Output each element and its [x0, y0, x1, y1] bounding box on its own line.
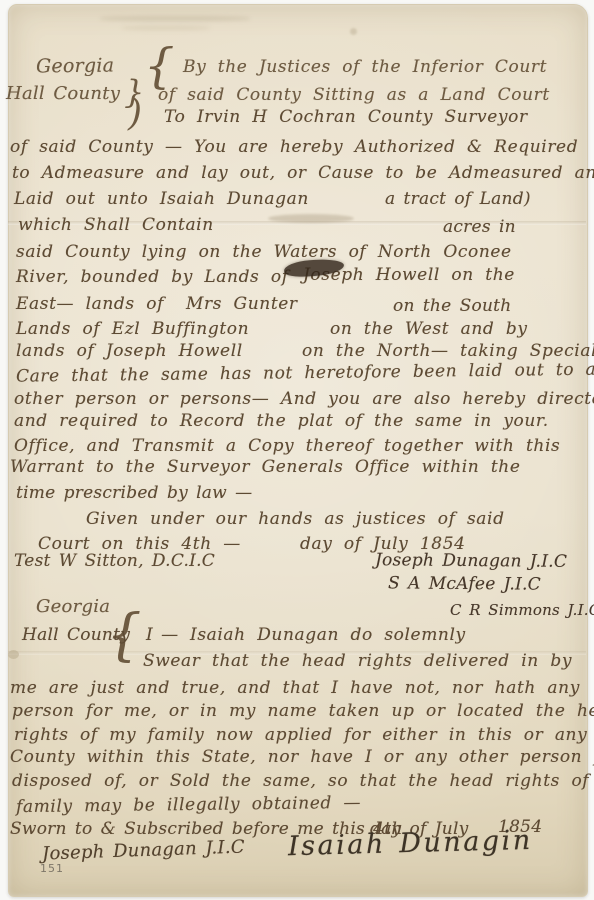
oath-line: Swear that the head rights delivered in …: [143, 651, 572, 671]
warrant-line: Lands of Ezl Buffington: [16, 319, 249, 339]
warrant-line: Laid out unto Isaiah Dunagan: [14, 189, 309, 209]
warrant-line: other person or persons— And you are als…: [14, 389, 594, 409]
justice-signature: C R Simmons J.I.C: [450, 600, 594, 620]
warrant-line: East— lands of: [16, 294, 164, 314]
warrant-addressee: To Irvin H Cochran County Surveyor: [164, 107, 528, 127]
warrant-line: Office, and Transmit a Copy thereof toge…: [14, 436, 560, 456]
warrant-line: on the West and by: [330, 319, 528, 339]
warrant-line: Warrant to the Surveyor Generals Office …: [10, 457, 521, 477]
caption-court-line-2: of said County Sitting as a Land Court: [158, 85, 550, 105]
warrant-line: said County lying on the Waters of North…: [16, 242, 512, 262]
caption-court-line-1: By the Justices of the Inferior Court: [183, 57, 547, 77]
page-number: 151: [40, 862, 64, 875]
caption-state: Georgia: [36, 56, 115, 77]
warrant-line: River, bounded by Lands of: [16, 267, 289, 287]
oath-line: County within this State, nor have I or …: [10, 747, 594, 767]
document-scan: Georgia { By the Justices of the Inferio…: [0, 0, 594, 900]
justice-signature: Joseph Dunagan J.I.C: [375, 550, 567, 572]
warrant-line: to Admeasure and lay out, or Cause to be…: [12, 163, 594, 183]
oath-line: disposed of, or Sold the same, so that t…: [12, 771, 594, 791]
warrant-line: a tract of Land): [385, 189, 531, 209]
oath-county: Hall County: [22, 625, 130, 645]
warrant-line: Joseph Howell on the: [303, 265, 515, 285]
oath-line: person for me, or in my name taken up or…: [12, 701, 594, 721]
oath-line: I —: [146, 625, 178, 645]
brace-glyph: {: [144, 42, 175, 90]
warrant-line: which Shall Contain: [18, 215, 214, 235]
flourish-glyph: ): [128, 96, 142, 132]
warrant-line: acres in: [443, 217, 516, 237]
warrant-line: and required to Record the plat of the s…: [14, 411, 549, 431]
caption-county: Hall County: [6, 84, 120, 104]
attest-signature: Test W Sitton, D.C.I.C: [14, 551, 215, 571]
oath-line: me are just and true, and that I have no…: [10, 678, 580, 698]
warrant-line: on the South: [393, 296, 511, 316]
warrant-line: time prescribed by law —: [16, 483, 252, 503]
warrant-line: on the North— taking Special: [302, 341, 594, 361]
warrant-line: lands of Joseph Howell: [16, 341, 243, 361]
justice-signature: S A McAfee J.I.C: [388, 573, 541, 594]
testimonium-line: Given under our hands as justices of sai…: [86, 509, 505, 529]
oath-line: rights of my family now applied for eith…: [14, 725, 594, 745]
oath-state: Georgia: [36, 597, 110, 617]
warrant-line: Mrs Gunter: [186, 294, 298, 314]
principal-signature: Isaiah Dunagin: [288, 831, 533, 857]
oath-line: family may be illegally obtained —: [16, 793, 361, 817]
oath-line: Isaiah Dunagan do solemnly: [190, 625, 466, 645]
warrant-line: of said County — You are hereby Authoriz…: [10, 137, 578, 157]
